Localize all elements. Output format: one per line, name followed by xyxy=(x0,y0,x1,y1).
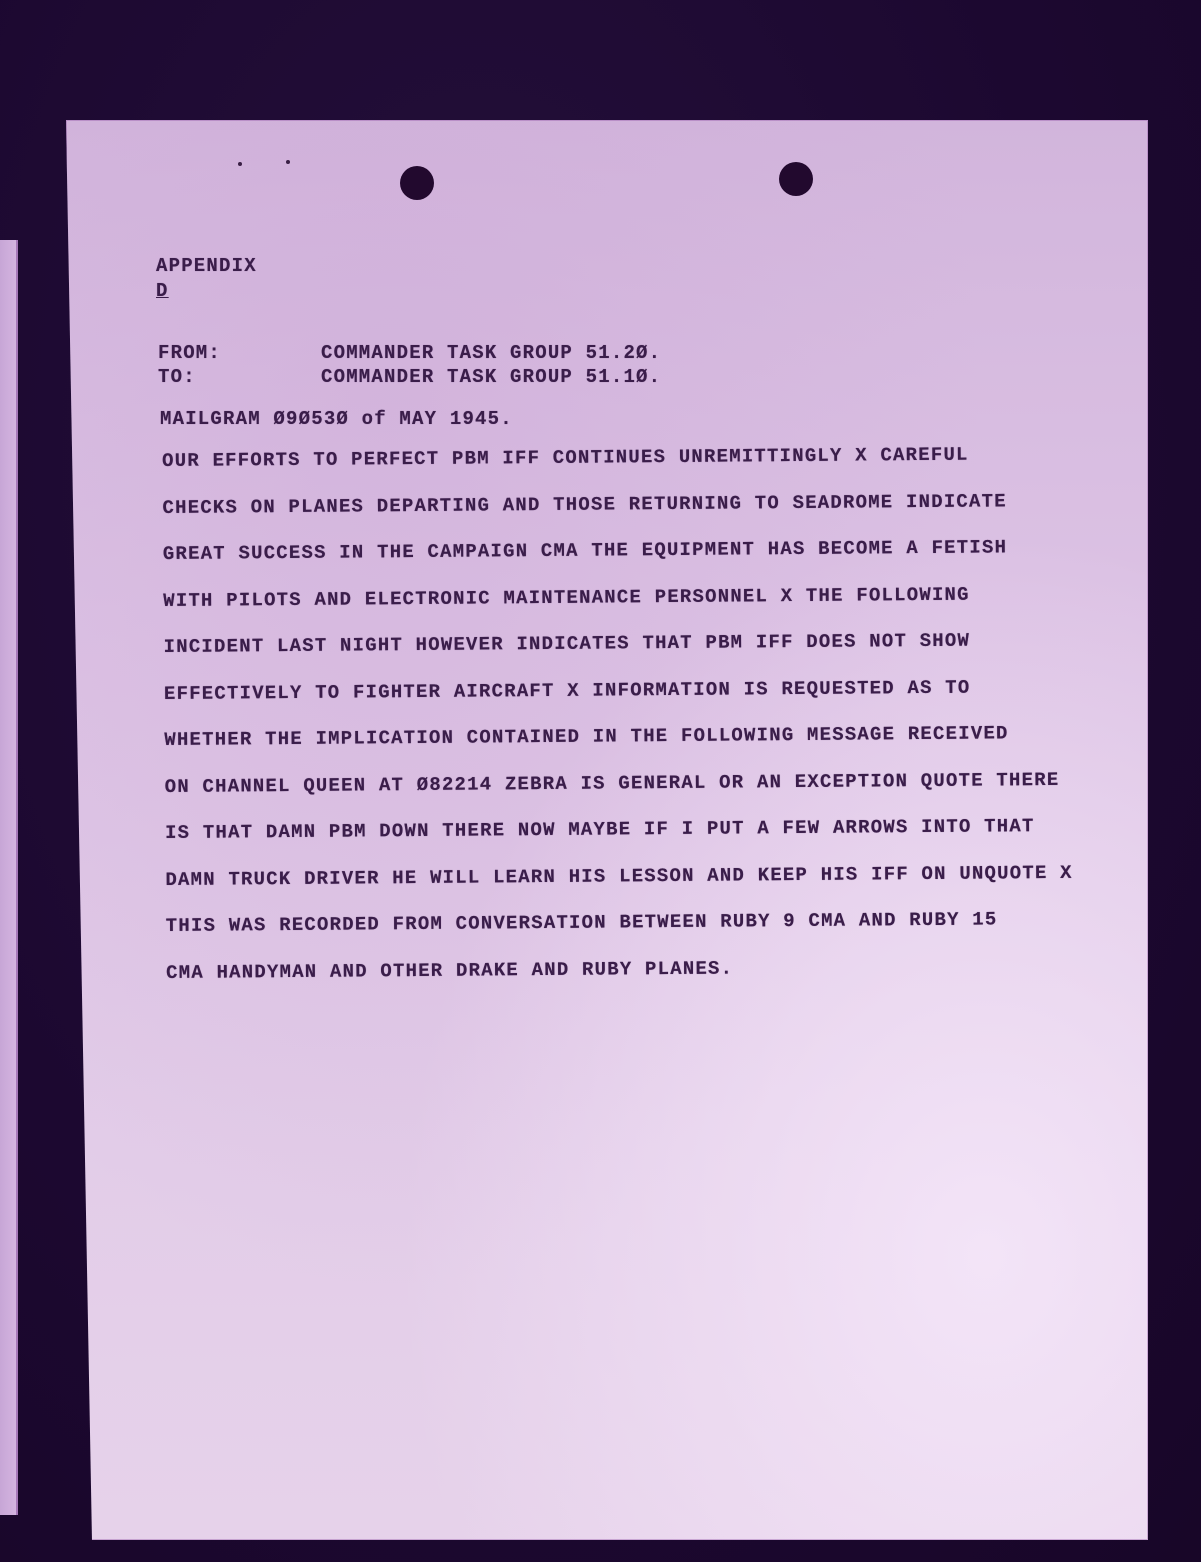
body-line: ON CHANNEL QUEEN AT Ø82214 ZEBRA IS GENE… xyxy=(165,764,1073,818)
body-line: EFFECTIVELY TO FIGHTER AIRCRAFT X INFORM… xyxy=(164,671,1072,725)
from-value: COMMANDER TASK GROUP 51.2Ø. xyxy=(321,342,661,366)
appendix-letter: D xyxy=(156,280,169,302)
message-body: OUR EFFORTS TO PERFECT PBM IFF CONTINUES… xyxy=(162,439,1074,1004)
body-line: THIS WAS RECORDED FROM CONVERSATION BETW… xyxy=(166,904,1074,958)
from-label: FROM: xyxy=(158,342,321,366)
body-line: CHECKS ON PLANES DEPARTING AND THOSE RET… xyxy=(162,485,1070,539)
appendix-heading: APPENDIX xyxy=(156,255,257,277)
body-line: GREAT SUCCESS IN THE CAMPAIGN CMA THE EQ… xyxy=(163,532,1071,586)
routing-to: TO: COMMANDER TASK GROUP 51.1Ø. xyxy=(158,366,661,390)
body-line: OUR EFFORTS TO PERFECT PBM IFF CONTINUES… xyxy=(162,439,1070,493)
body-line: WHETHER THE IMPLICATION CONTAINED IN THE… xyxy=(164,718,1072,772)
punch-hole-icon xyxy=(400,166,434,200)
routing-block: FROM: COMMANDER TASK GROUP 51.2Ø. TO: CO… xyxy=(158,342,661,390)
body-line: CMA HANDYMAN AND OTHER DRAKE AND RUBY PL… xyxy=(166,950,1074,1004)
paper-speck xyxy=(238,162,242,166)
to-value: COMMANDER TASK GROUP 51.1Ø. xyxy=(321,366,661,390)
film-frame: APPENDIX D FROM: COMMANDER TASK GROUP 51… xyxy=(0,0,1201,1562)
to-label: TO: xyxy=(158,366,321,390)
paper-speck xyxy=(286,160,290,164)
adjacent-page-edge xyxy=(0,240,18,1515)
body-line: WITH PILOTS AND ELECTRONIC MAINTENANCE P… xyxy=(163,578,1071,632)
mailgram-line: MAILGRAM Ø9Ø53Ø of MAY 1945. xyxy=(160,408,513,430)
body-line: INCIDENT LAST NIGHT HOWEVER INDICATES TH… xyxy=(163,625,1071,679)
punch-hole-icon xyxy=(779,162,813,196)
body-line: DAMN TRUCK DRIVER HE WILL LEARN HIS LESS… xyxy=(165,857,1073,911)
routing-from: FROM: COMMANDER TASK GROUP 51.2Ø. xyxy=(158,342,661,366)
document-page: APPENDIX D FROM: COMMANDER TASK GROUP 51… xyxy=(66,120,1148,1540)
body-line: IS THAT DAMN PBM DOWN THERE NOW MAYBE IF… xyxy=(165,811,1073,865)
